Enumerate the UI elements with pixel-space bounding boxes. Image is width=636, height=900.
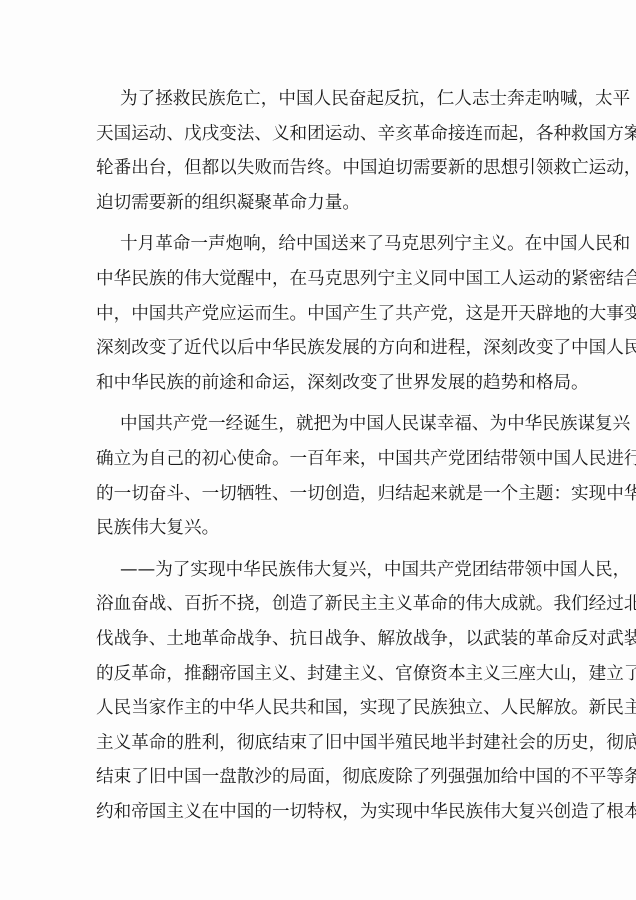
text-line: 结束了旧中国一盘散沙的局面，彻底废除了列强强加给中国的不平等条	[96, 760, 544, 795]
text-line: 天国运动、戊戌变法、义和团运动、辛亥革命接连而起，各种救国方案	[96, 117, 544, 152]
text-line: 民族伟大复兴。	[96, 511, 544, 546]
text-line: 中华民族的伟大觉醒中，在马克思列宁主义同中国工人运动的紧密结合	[96, 262, 544, 297]
paragraph-2: 十月革命一声炮响，给中国送来了马克思列宁主义。在中国人民和 中华民族的伟大觉醒中…	[96, 227, 544, 400]
text-line: 为了拯救民族危亡，中国人民奋起反抗，仁人志士奔走呐喊，太平	[96, 82, 544, 117]
document-body: 为了拯救民族危亡，中国人民奋起反抗，仁人志士奔走呐喊，太平 天国运动、戊戌变法、…	[96, 82, 544, 836]
text-line: 十月革命一声炮响，给中国送来了马克思列宁主义。在中国人民和	[96, 227, 544, 262]
text-line: 人民当家作主的中华人民共和国，实现了民族独立、人民解放。新民主	[96, 691, 544, 726]
text-line: 浴血奋战、百折不挠，创造了新民主主义革命的伟大成就。我们经过北	[96, 587, 544, 622]
text-line: 的反革命，推翻帝国主义、封建主义、官僚资本主义三座大山，建立了	[96, 657, 544, 692]
text-line: 和中华民族的前途和命运，深刻改变了世界发展的趋势和格局。	[96, 366, 544, 401]
document-page: 为了拯救民族危亡，中国人民奋起反抗，仁人志士奔走呐喊，太平 天国运动、戊戌变法、…	[0, 0, 636, 900]
text-line: 中国共产党一经诞生，就把为中国人民谋幸福、为中华民族谋复兴	[96, 407, 544, 442]
text-line: ——为了实现中华民族伟大复兴，中国共产党团结带领中国人民，	[96, 553, 544, 588]
text-line: 的一切奋斗、一切牺牲、一切创造，归结起来就是一个主题：实现中华	[96, 477, 544, 512]
text-line: 确立为自己的初心使命。一百年来，中国共产党团结带领中国人民进行	[96, 442, 544, 477]
paragraph-4: ——为了实现中华民族伟大复兴，中国共产党团结带领中国人民， 浴血奋战、百折不挠，…	[96, 553, 544, 830]
text-line: 轮番出台，但都以失败而告终。中国迫切需要新的思想引领救亡运动，	[96, 151, 544, 186]
text-line: 迫切需要新的组织凝聚革命力量。	[96, 186, 544, 221]
text-line: 约和帝国主义在中国的一切特权，为实现中华民族伟大复兴创造了根本	[96, 795, 544, 830]
text-line: 深刻改变了近代以后中华民族发展的方向和进程，深刻改变了中国人民	[96, 331, 544, 366]
paragraph-3: 中国共产党一经诞生，就把为中国人民谋幸福、为中华民族谋复兴 确立为自己的初心使命…	[96, 407, 544, 545]
paragraph-1: 为了拯救民族危亡，中国人民奋起反抗，仁人志士奔走呐喊，太平 天国运动、戊戌变法、…	[96, 82, 544, 220]
text-line: 中，中国共产党应运而生。中国产生了共产党，这是开天辟地的大事变，	[96, 297, 544, 332]
text-line: 主义革命的胜利，彻底结束了旧中国半殖民地半封建社会的历史，彻底	[96, 726, 544, 761]
text-line: 伐战争、土地革命战争、抗日战争、解放战争，以武装的革命反对武装	[96, 622, 544, 657]
